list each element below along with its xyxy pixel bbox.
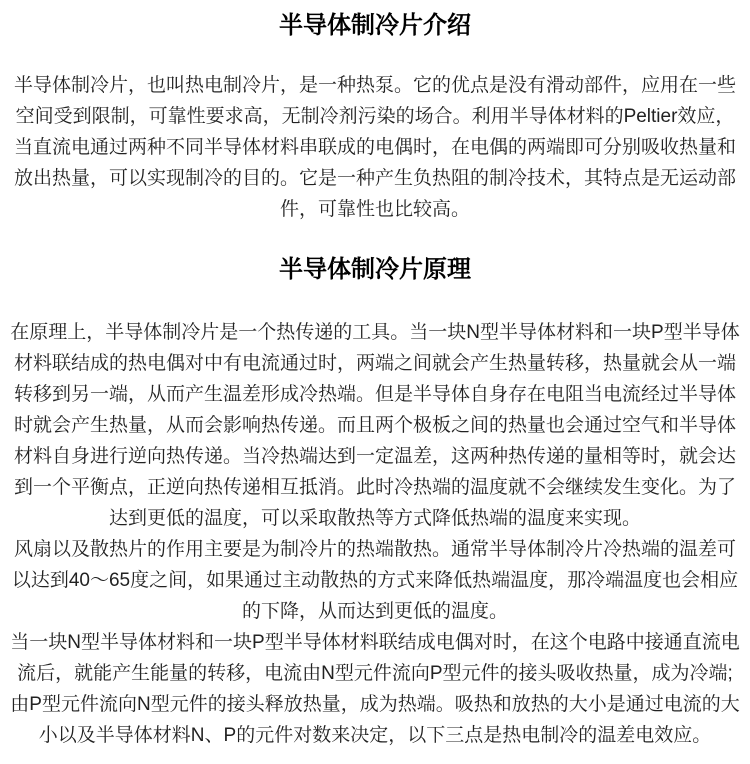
section-heading-intro: 半导体制冷片介绍	[8, 11, 742, 41]
paragraph-principle-2: 风扇以及散热片的作用主要是为制冷片的热端散热。通常半导体制冷片冷热端的温差可以达…	[8, 534, 742, 627]
section-heading-principle: 半导体制冷片原理	[8, 255, 742, 285]
paragraph-principle-1: 在原理上，半导体制冷片是一个热传递的工具。当一块N型半导体材料和一块P型半导体材…	[8, 317, 742, 534]
paragraph-principle-3: 当一块N型半导体材料和一块P型半导体材料联结成电偶对时，在这个电路中接通直流电流…	[8, 627, 742, 751]
document-page: 半导体制冷片介绍 半导体制冷片，也叫热电制冷片，是一种热泵。它的优点是没有滑动部…	[0, 0, 750, 764]
paragraph-intro: 半导体制冷片，也叫热电制冷片，是一种热泵。它的优点是没有滑动部件，应用在一些空间…	[8, 70, 742, 225]
